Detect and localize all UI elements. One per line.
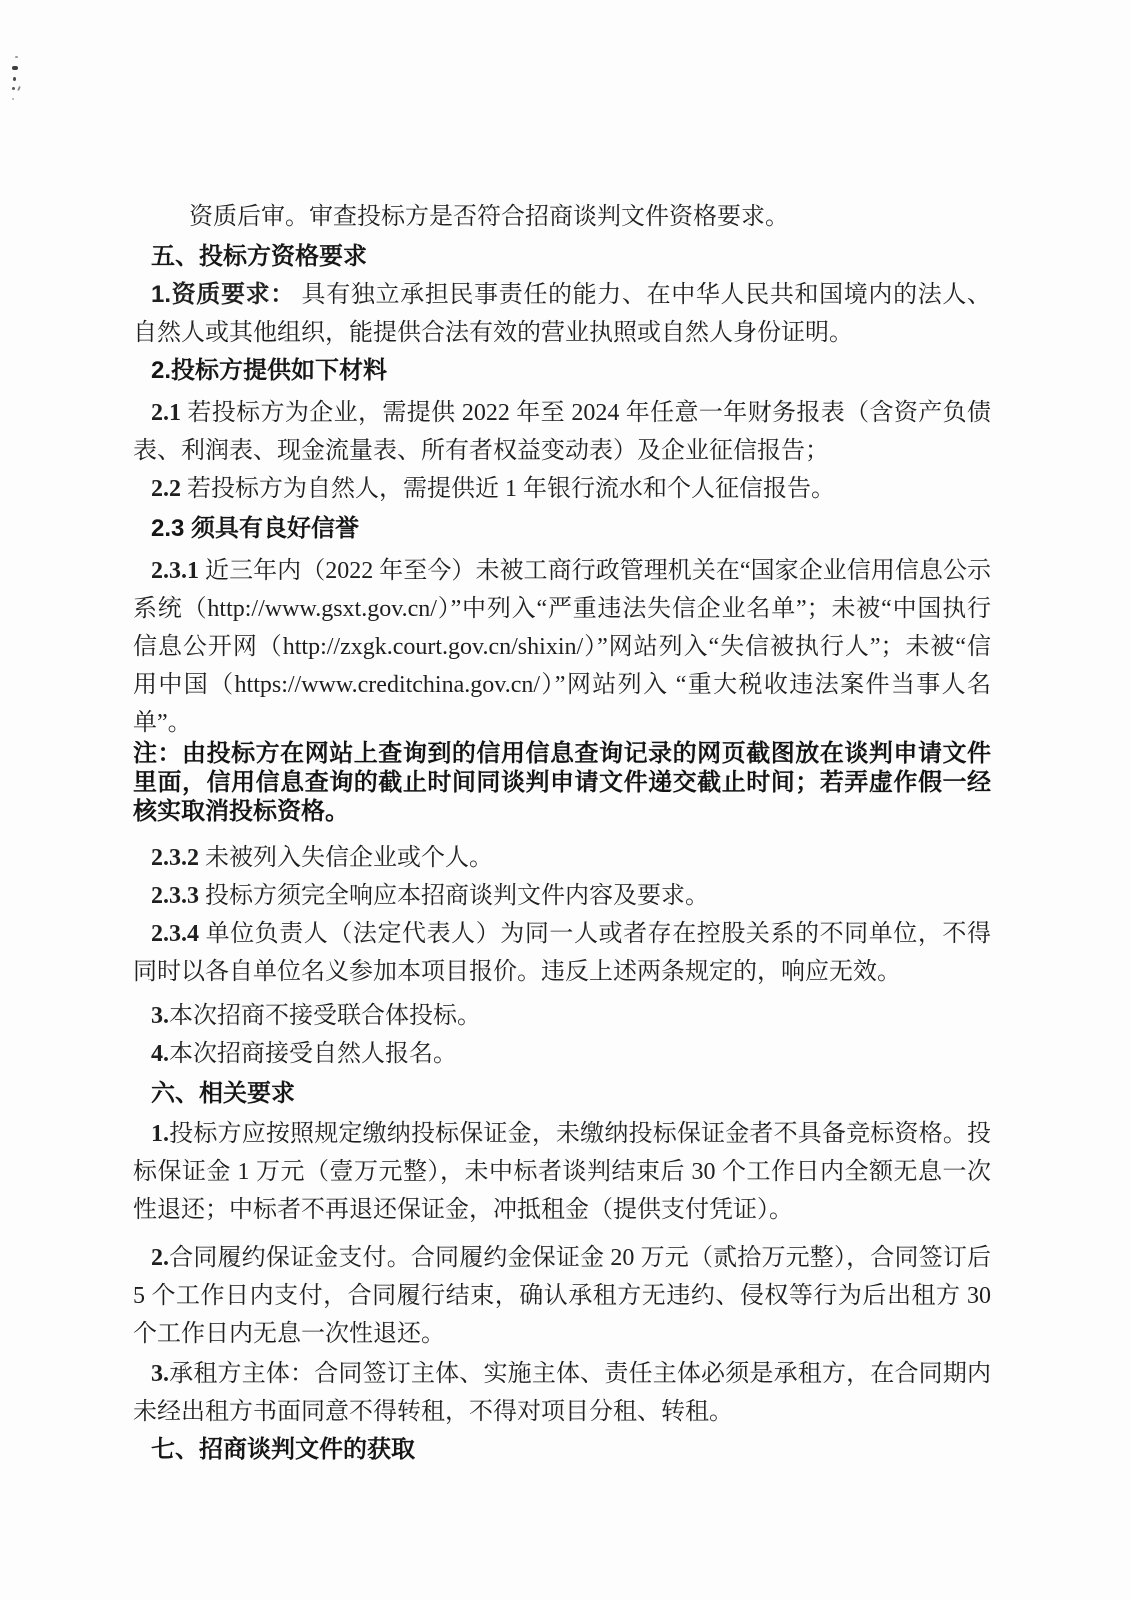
clause-text: 近三年内（2022 年至今）未被工商行政管理机关在“国家企业信用信息公示系统（h… — [133, 558, 991, 736]
clause-text: 承租方主体：合同签订主体、实施主体、责任主体必须是承租方，在合同期内未经出租方书… — [133, 1361, 991, 1425]
clause-number: 2. — [151, 1245, 169, 1271]
clause-2-3-2-not-dishonest: 2.3.2 未被列入失信企业或个人。 — [133, 839, 991, 877]
clause-3-no-consortium: 3.本次招商不接受联合体投标。 — [133, 997, 991, 1035]
section-heading-2-materials: 2.投标方提供如下材料 — [133, 352, 991, 390]
clause-text: 投标方应按照规定缴纳投标保证金，未缴纳投标保证金者不具备竞标资格。投标保证金 1… — [133, 1121, 991, 1223]
clause-number: 2.3.3 — [151, 883, 199, 909]
section-heading-2-3-good-credit: 2.3 须具有良好信誉 — [133, 510, 991, 548]
clause-2-1-enterprise-materials: 2.1 若投标方为企业，需提供 2022 年至 2024 年任意一年财务报表（含… — [133, 394, 991, 470]
clause-text: 本次招商不接受联合体投标。 — [169, 1003, 481, 1029]
clause-number: 1.资质要求： — [151, 281, 295, 308]
scan-speck — [17, 86, 21, 91]
clause-text: 若投标方为企业，需提供 2022 年至 2024 年任意一年财务报表（含资产负债… — [133, 400, 991, 464]
clause-number: 4. — [151, 1041, 169, 1067]
clause-3-lessee-entity: 3.承租方主体：合同签订主体、实施主体、责任主体必须是承租方，在合同期内未经出租… — [133, 1355, 991, 1431]
clause-text: 若投标方为自然人，需提供近 1 年银行流水和个人征信报告。 — [181, 476, 835, 502]
scan-speck — [13, 77, 16, 81]
clause-text: 单位负责人（法定代表人）为同一人或者存在控股关系的不同单位，不得同时以各自单位名… — [133, 921, 991, 985]
scan-speck — [12, 87, 15, 90]
clause-number: 2.3.1 — [151, 558, 199, 584]
clause-2-3-1-credit-records: 2.3.1 近三年内（2022 年至今）未被工商行政管理机关在“国家企业信用信息… — [133, 552, 991, 742]
clause-number: 2.1 — [151, 400, 181, 426]
clause-number: 1. — [151, 1121, 169, 1147]
note-credit-screenshot-requirement: 注：由投标方在网站上查询到的信用信息查询记录的网页截图放在谈判申请文件里面，信用… — [133, 739, 991, 826]
clause-number: 3. — [151, 1003, 169, 1029]
clause-number: 2.3.4 — [151, 921, 199, 947]
clause-4-natural-person-allowed: 4.本次招商接受自然人报名。 — [133, 1035, 991, 1073]
clause-1-bid-deposit: 1.投标方应按照规定缴纳投标保证金，未缴纳投标保证金者不具备竞标资格。投标保证金… — [133, 1115, 991, 1229]
scanned-document-page: 资质后审。审查投标方是否符合招商谈判文件资格要求。 五、投标方资格要求 1.资质… — [0, 0, 1131, 1600]
clause-number: 2.3.2 — [151, 845, 199, 871]
clause-2-2-natural-person-materials: 2.2 若投标方为自然人，需提供近 1 年银行流水和个人征信报告。 — [133, 470, 991, 508]
paragraph-qualification-post-review: 资质后审。审查投标方是否符合招商谈判文件资格要求。 — [133, 198, 991, 236]
clause-number: 2.2 — [151, 476, 181, 502]
clause-text: 投标方须完全响应本招商谈判文件内容及要求。 — [199, 883, 709, 909]
clause-1-qualification-requirement: 1.资质要求： 具有独立承担民事责任的能力、在中华人民共和国境内的法人、自然人或… — [133, 276, 991, 352]
clause-2-3-4-same-legal-person: 2.3.4 单位负责人（法定代表人）为同一人或者存在控股关系的不同单位，不得同时… — [133, 915, 991, 991]
section-heading-7-document-acquisition: 七、招商谈判文件的获取 — [133, 1431, 991, 1469]
paragraph-text: 资质后审。审查投标方是否符合招商谈判文件资格要求。 — [189, 204, 789, 230]
document-body: 资质后审。审查投标方是否符合招商谈判文件资格要求。 五、投标方资格要求 1.资质… — [133, 198, 991, 1469]
section-heading-6-related-requirements: 六、相关要求 — [133, 1075, 991, 1113]
clause-2-3-3-full-response: 2.3.3 投标方须完全响应本招商谈判文件内容及要求。 — [133, 877, 991, 915]
section-heading-5-bidder-qualification: 五、投标方资格要求 — [133, 238, 991, 276]
clause-number: 3. — [151, 1361, 169, 1387]
scan-speck — [12, 66, 18, 70]
clause-2-performance-bond: 2.合同履约保证金支付。合同履约金保证金 20 万元（贰拾万元整），合同签订后 … — [133, 1239, 991, 1353]
scan-speck — [15, 56, 18, 58]
scan-speck — [12, 98, 14, 100]
clause-text: 本次招商接受自然人报名。 — [169, 1041, 457, 1067]
clause-text: 合同履约保证金支付。合同履约金保证金 20 万元（贰拾万元整），合同签订后 5 … — [133, 1245, 991, 1347]
clause-text: 未被列入失信企业或个人。 — [199, 845, 493, 871]
